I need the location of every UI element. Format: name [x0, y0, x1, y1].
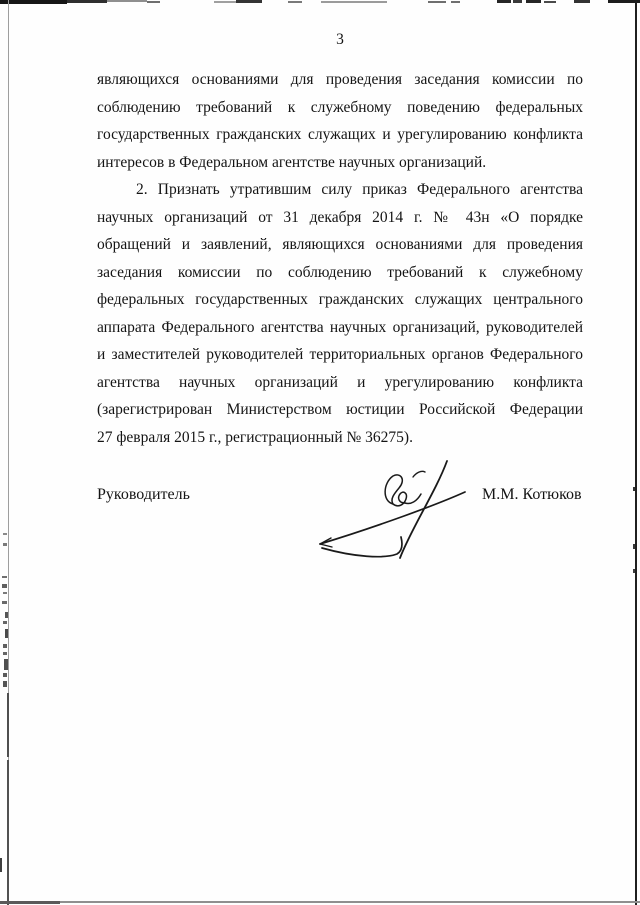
- scan-artifact-left-tick: [3, 621, 7, 624]
- scan-artifact-top: [67, 0, 107, 3]
- paragraph-line: (зарегистрирован Министерством юстиции Р…: [97, 396, 583, 424]
- scan-artifact-right-tick: [633, 544, 635, 549]
- scan-artifact-top: [0, 0, 67, 4]
- paragraph-line: соблюдению требований к служебному повед…: [97, 94, 583, 122]
- scan-artifact-top: [544, 1, 556, 3]
- scan-artifact-left-tick: [3, 681, 7, 687]
- paragraph-line: и заместителей руководителей территориал…: [97, 341, 583, 369]
- document-page: 3 являющихся основаниями для проведения …: [0, 0, 640, 905]
- signatory-title: Руководитель: [97, 486, 190, 504]
- scan-artifact-left-tick: [3, 543, 7, 546]
- scan-artifact-top: [147, 1, 160, 3]
- paragraph-line: заседания комиссии по соблюдению требова…: [97, 259, 583, 287]
- scan-artifact-right-tick: [633, 487, 635, 491]
- scan-artifact-left-tick: [3, 644, 7, 648]
- paragraph-line: агентства научных организаций и урегулир…: [97, 369, 583, 397]
- scan-artifact-left-line: [7, 693, 9, 757]
- scan-artifact-right-tick: [633, 569, 635, 573]
- scan-artifact-left-tick: [5, 612, 8, 618]
- paragraph-line: государственных гражданских служащих и у…: [97, 121, 583, 149]
- scan-artifact-left-tick: [3, 652, 7, 655]
- scan-artifact-top: [236, 0, 262, 3]
- paragraph-line: интересов в Федеральном агентстве научны…: [97, 149, 583, 177]
- scan-artifact-top: [497, 0, 511, 3]
- scan-artifact-top: [526, 0, 541, 3]
- scan-artifact-left-tick: [2, 576, 7, 578]
- scan-artifact-top: [288, 1, 302, 3]
- paragraph-line: федеральных государственных гражданских …: [97, 286, 583, 314]
- paragraph-line: обращений и заявлений, являющихся основа…: [97, 231, 583, 259]
- scan-artifact-left-tick: [3, 533, 7, 535]
- scan-artifact-top: [214, 1, 236, 3]
- signature: [296, 447, 476, 565]
- document-body: являющихся основаниями для проведения за…: [97, 66, 583, 451]
- scan-artifact-top: [451, 1, 460, 3]
- scan-artifact-top: [321, 1, 387, 3]
- scan-artifact-bottom-line: [0, 901, 640, 903]
- scan-artifact-left-line: [7, 760, 9, 905]
- scan-artifact-left-tick: [2, 584, 7, 588]
- paragraph-line: являющихся основаниями для проведения за…: [97, 66, 583, 94]
- scan-artifact-left-tick: [3, 673, 7, 677]
- page-number: 3: [97, 31, 583, 49]
- paragraph-line: научных организаций от 31 декабря 2014 г…: [97, 204, 583, 232]
- scan-artifact-left-tick: [3, 592, 7, 594]
- scan-artifact-bottom-line: [0, 901, 60, 904]
- signatory-name: М.М. Котюков: [482, 486, 582, 504]
- scan-artifact-top: [428, 1, 446, 3]
- scan-artifact-left-tick: [4, 659, 8, 670]
- scan-artifact-left-tick: [0, 858, 2, 872]
- scan-artifact-top: [574, 0, 590, 3]
- scan-artifact-left-tick: [2, 601, 7, 604]
- scan-artifact-top: [513, 0, 522, 3]
- paragraph-line: аппарата Федерального агентства научных …: [97, 314, 583, 342]
- scan-artifact-top: [107, 0, 147, 2]
- scan-artifact-left-tick: [5, 629, 8, 638]
- scan-artifact-right-line: [635, 0, 637, 905]
- paragraph-line: 2. Признать утратившим силу приказ Федер…: [97, 176, 583, 204]
